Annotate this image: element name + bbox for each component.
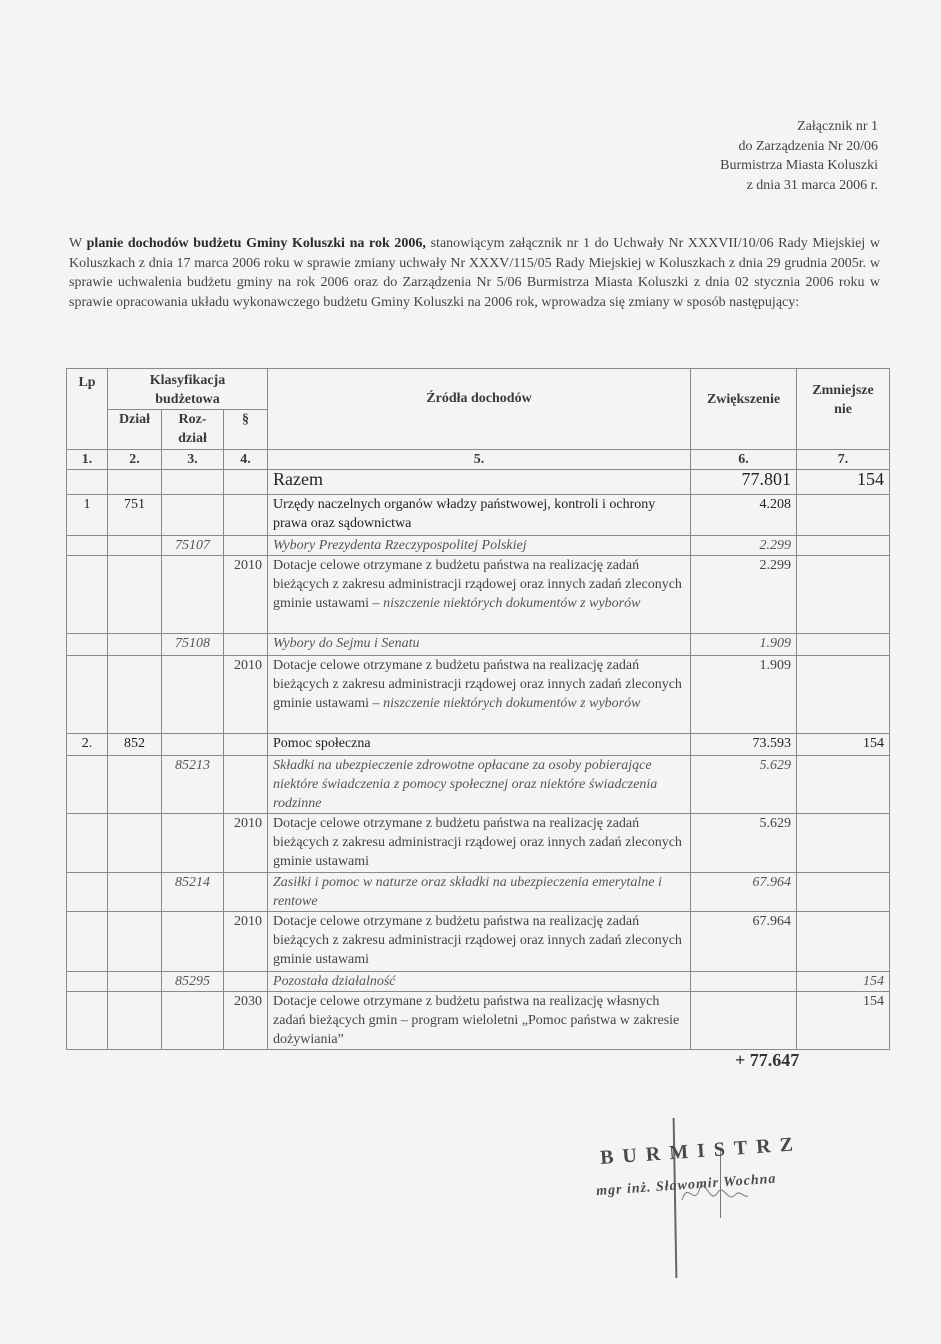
cell-dzial (108, 656, 162, 734)
cell-decrease (797, 912, 890, 972)
cell-increase: 1.909 (691, 656, 797, 734)
cell-lp (67, 912, 108, 972)
cell-source-text: Dotacje celowe otrzymane z budżetu państ… (273, 816, 682, 869)
header-classification: Klasyfikacja budżetowa (108, 369, 268, 410)
cell-paragraph-text: 2010 (234, 914, 262, 929)
colnum: 4. (224, 450, 268, 470)
cell-source-text: Składki na ubezpieczenie zdrowotne opłac… (273, 758, 657, 811)
cell-increase: 5.629 (691, 756, 797, 814)
cell-dzial-text: 852 (124, 736, 145, 751)
cell-decrease (797, 495, 890, 536)
total-row: Razem 77.801 154 (67, 470, 890, 495)
cell-paragraph: 2010 (224, 814, 268, 873)
cell-decrease-text: 154 (863, 974, 884, 989)
cell-lp (67, 992, 108, 1050)
cell-increase-text: 5.629 (760, 816, 792, 831)
cell-lp (67, 756, 108, 814)
cell-source: Urzędy naczelnych organów władzy państwo… (268, 495, 691, 536)
header-rozdzial: Roz-dział (162, 410, 224, 450)
cell-paragraph-text: 2030 (234, 994, 262, 1009)
cell-paragraph: 2010 (224, 656, 268, 734)
cell-dzial (108, 756, 162, 814)
cell-increase-text: 73.593 (753, 736, 792, 751)
cell-source-text: Pozostała działalność (273, 974, 396, 989)
cell-dzial (108, 992, 162, 1050)
cell-source: Dotacje celowe otrzymane z budżetu państ… (268, 814, 691, 873)
cell-rozdzial (162, 656, 224, 734)
cell-dzial (108, 912, 162, 972)
cell-increase-text: 4.208 (760, 497, 792, 512)
cell-source-italic: niszczenie niektórych dokumentów z wybor… (383, 596, 640, 611)
cell-rozdzial-text: 75107 (175, 538, 210, 553)
header-dzial: Dział (108, 410, 162, 450)
table-row: 75108Wybory do Sejmu i Senatu1.909 (67, 634, 890, 656)
stamp-title: BURMISTRZ (599, 1133, 802, 1170)
cell-increase: 1.909 (691, 634, 797, 656)
total-decrease: 154 (797, 470, 890, 495)
cell-source-italic: niszczenie niektórych dokumentów z wybor… (383, 696, 640, 711)
intro-lead: W (69, 236, 82, 251)
cell-source: Dotacje celowe otrzymane z budżetu państ… (268, 556, 691, 634)
table-row: 85213Składki na ubezpieczenie zdrowotne … (67, 756, 890, 814)
table-row: 85214Zasiłki i pomoc w naturze oraz skła… (67, 873, 890, 912)
annex-line: do Zarządzenia Nr 20/06 (720, 137, 878, 157)
cell-lp: 1 (67, 495, 108, 536)
cell-paragraph (224, 972, 268, 992)
cell-increase: 67.964 (691, 912, 797, 972)
cell-lp: 2. (67, 734, 108, 756)
cell-decrease: 154 (797, 992, 890, 1050)
cell-source-text: Zasiłki i pomoc w naturze oraz składki n… (273, 875, 662, 909)
cell-paragraph-text: 2010 (234, 658, 262, 673)
cell-source-text: Wybory do Sejmu i Senatu (273, 636, 419, 651)
cell-decrease (797, 656, 890, 734)
cell-source: Pomoc społeczna (268, 734, 691, 756)
cell-rozdzial-text: 85213 (175, 758, 210, 773)
cell-rozdzial-text: 85214 (175, 875, 210, 890)
cell-rozdzial: 85213 (162, 756, 224, 814)
cell-dzial: 852 (108, 734, 162, 756)
cell-source: Dotacje celowe otrzymane z budżetu państ… (268, 912, 691, 972)
cell-increase: 67.964 (691, 873, 797, 912)
cell-source-text: Wybory Prezydenta Rzeczypospolitej Polsk… (273, 538, 527, 553)
cell-source: Dotacje celowe otrzymane z budżetu państ… (268, 992, 691, 1050)
cell-source: Wybory Prezydenta Rzeczypospolitej Polsk… (268, 536, 691, 556)
annex-line: z dnia 31 marca 2006 r. (720, 176, 878, 196)
annex-header: Załącznik nr 1 do Zarządzenia Nr 20/06 B… (720, 117, 878, 195)
cell-dzial-text: 751 (124, 497, 145, 512)
annex-line: Burmistrza Miasta Koluszki (720, 156, 878, 176)
mayor-stamp: BURMISTRZ mgr inż. Sławomir Wochna (600, 1140, 802, 1193)
cell-source: Dotacje celowe otrzymane z budżetu państ… (268, 656, 691, 734)
cell-source-text: Pomoc społeczna (273, 736, 371, 751)
column-numbers-row: 1. 2. 3. 4. 5. 6. 7. (67, 450, 890, 470)
table-row: 2010Dotacje celowe otrzymane z budżetu p… (67, 556, 890, 634)
cell-rozdzial (162, 992, 224, 1050)
colnum: 2. (108, 450, 162, 470)
intro-paragraph: W planie dochodów budżetu Gminy Koluszki… (69, 234, 880, 312)
cell-decrease (797, 556, 890, 634)
cell-source-text: Dotacje celowe otrzymane z budżetu państ… (273, 994, 679, 1047)
header-increase: Zwiększenie (691, 369, 797, 450)
colnum: 5. (268, 450, 691, 470)
total-increase: 77.801 (691, 470, 797, 495)
cell-lp (67, 656, 108, 734)
colnum: 3. (162, 450, 224, 470)
total-label: Razem (268, 470, 691, 495)
colnum: 7. (797, 450, 890, 470)
cell-source: Składki na ubezpieczenie zdrowotne opłac… (268, 756, 691, 814)
cell-rozdzial-text: 75108 (175, 636, 210, 651)
cell-paragraph (224, 756, 268, 814)
cell-paragraph (224, 634, 268, 656)
cell-rozdzial-text: 85295 (175, 974, 210, 989)
cell-increase-text: 67.964 (753, 875, 792, 890)
cell-decrease (797, 756, 890, 814)
cell-rozdzial (162, 734, 224, 756)
table-row: 2010Dotacje celowe otrzymane z budżetu p… (67, 656, 890, 734)
cell-dzial (108, 634, 162, 656)
cell-paragraph (224, 536, 268, 556)
cell-lp (67, 634, 108, 656)
cell-increase-text: 2.299 (760, 558, 792, 573)
cell-source: Pozostała działalność (268, 972, 691, 992)
cell-rozdzial (162, 556, 224, 634)
cell-paragraph-text: 2010 (234, 816, 262, 831)
cell-increase: 5.629 (691, 814, 797, 873)
cell-paragraph: 2010 (224, 556, 268, 634)
table-row: 75107Wybory Prezydenta Rzeczypospolitej … (67, 536, 890, 556)
table-row: 1751Urzędy naczelnych organów władzy pań… (67, 495, 890, 536)
net-change: + 77.647 (735, 1050, 799, 1071)
cell-increase-text: 5.629 (760, 758, 792, 773)
annex-line: Załącznik nr 1 (720, 117, 878, 137)
cell-decrease: 154 (797, 972, 890, 992)
cell-increase-text: 2.299 (760, 538, 792, 553)
cell-increase: 2.299 (691, 556, 797, 634)
cell-lp (67, 814, 108, 873)
cell-increase (691, 992, 797, 1050)
cell-source: Wybory do Sejmu i Senatu (268, 634, 691, 656)
cell-dzial (108, 873, 162, 912)
cell-dzial (108, 814, 162, 873)
cell-rozdzial (162, 814, 224, 873)
cell-lp-text: 2. (82, 736, 93, 751)
table-row: 85295Pozostała działalność154 (67, 972, 890, 992)
cell-paragraph-text: 2010 (234, 558, 262, 573)
cell-decrease (797, 536, 890, 556)
cell-lp (67, 556, 108, 634)
cell-source-text: Dotacje celowe otrzymane z budżetu państ… (273, 914, 682, 967)
cell-decrease (797, 873, 890, 912)
table-row: 2.852Pomoc społeczna73.593154 (67, 734, 890, 756)
cell-increase (691, 972, 797, 992)
cell-lp-text: 1 (84, 497, 91, 512)
cell-decrease (797, 634, 890, 656)
cell-dzial (108, 536, 162, 556)
header-lp: Lp (67, 369, 108, 450)
cell-paragraph (224, 734, 268, 756)
table-row: 2030Dotacje celowe otrzymane z budżetu p… (67, 992, 890, 1050)
cell-decrease-text: 154 (863, 994, 884, 1009)
cell-lp (67, 873, 108, 912)
header-decrease: Zmniejsze nie (797, 369, 890, 450)
cell-paragraph: 2030 (224, 992, 268, 1050)
cell-paragraph (224, 873, 268, 912)
cell-source: Zasiłki i pomoc w naturze oraz składki n… (268, 873, 691, 912)
intro-bold: planie dochodów budżetu Gminy Koluszki n… (87, 236, 426, 251)
header-paragraph: § (224, 410, 268, 450)
colnum: 6. (691, 450, 797, 470)
cell-increase-text: 67.964 (753, 914, 792, 929)
cell-rozdzial: 85214 (162, 873, 224, 912)
cell-decrease (797, 814, 890, 873)
cell-dzial (108, 556, 162, 634)
cell-rozdzial (162, 912, 224, 972)
cell-source-text: Urzędy naczelnych organów władzy państwo… (273, 497, 655, 531)
cell-increase-text: 1.909 (760, 636, 792, 651)
cell-increase: 4.208 (691, 495, 797, 536)
cell-decrease: 154 (797, 734, 890, 756)
cell-paragraph (224, 495, 268, 536)
cell-dzial (108, 972, 162, 992)
cell-rozdzial: 75108 (162, 634, 224, 656)
header-sources: Źródła dochodów (268, 369, 691, 450)
cell-rozdzial: 75107 (162, 536, 224, 556)
table-row: 2010Dotacje celowe otrzymane z budżetu p… (67, 814, 890, 873)
cell-decrease-text: 154 (863, 736, 884, 751)
cell-lp (67, 972, 108, 992)
cell-increase-text: 1.909 (760, 658, 792, 673)
colnum: 1. (67, 450, 108, 470)
cell-dzial: 751 (108, 495, 162, 536)
cell-rozdzial (162, 495, 224, 536)
cell-lp (67, 536, 108, 556)
table-row: 2010Dotacje celowe otrzymane z budżetu p… (67, 912, 890, 972)
cell-increase: 2.299 (691, 536, 797, 556)
budget-table: Lp Klasyfikacja budżetowa Źródła dochodó… (66, 368, 890, 1050)
cell-rozdzial: 85295 (162, 972, 224, 992)
cell-increase: 73.593 (691, 734, 797, 756)
cell-paragraph: 2010 (224, 912, 268, 972)
